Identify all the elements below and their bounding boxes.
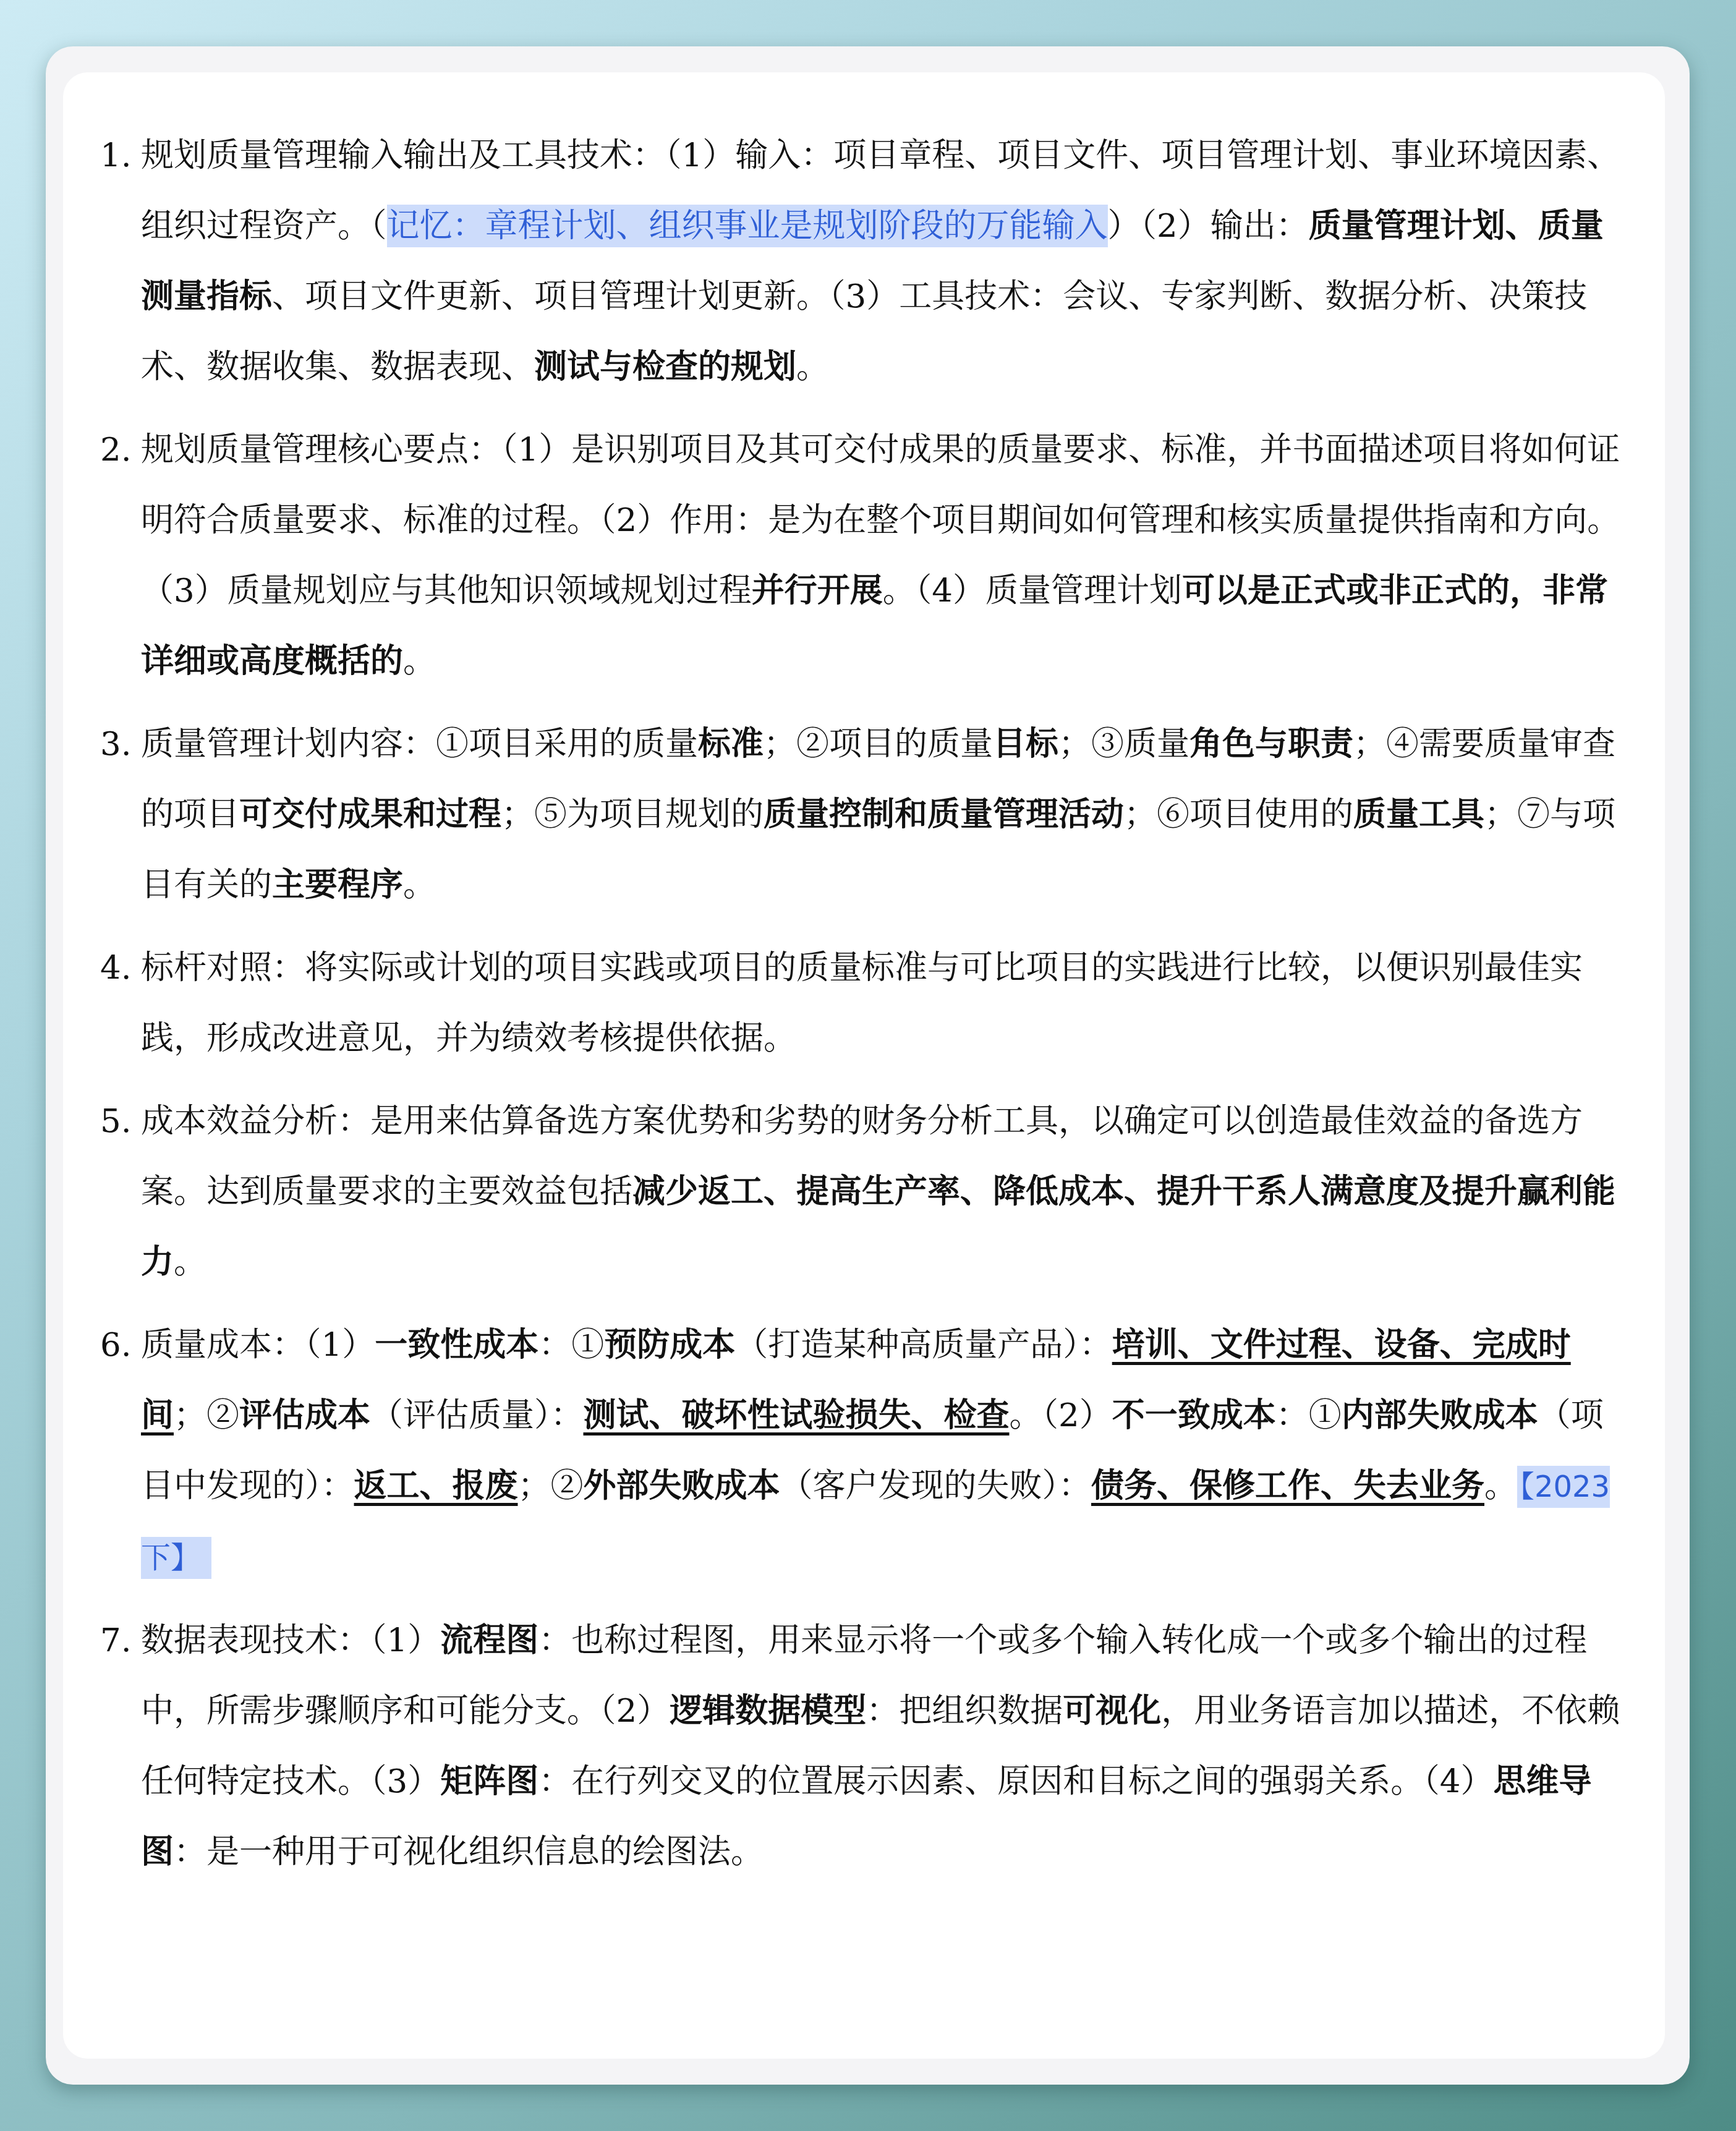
text: 质量管理计划内容：①项目采用的质量: [141, 725, 698, 763]
text: ）（2）输出：: [1108, 207, 1309, 245]
text: 。（2）: [1010, 1397, 1112, 1434]
outer-card-frame: 1. 规划质量管理输入输出及工具技术：（1）输入：项目章程、项目文件、项目管理计…: [46, 46, 1690, 2085]
bold-term: 标准: [698, 725, 764, 763]
item-number: 1.: [100, 121, 132, 191]
text: ：把组织数据: [866, 1692, 1063, 1730]
bold-term: 预防成本: [604, 1326, 735, 1364]
text: ：在行列交叉的位置展示因素、原因和目标之间的强弱关系。（4）: [538, 1763, 1493, 1800]
document-card: 1. 规划质量管理输入输出及工具技术：（1）输入：项目章程、项目文件、项目管理计…: [63, 72, 1665, 2059]
text: 、项目文件更新、项目管理计划更新。（3）工具技术：会议、专家判断、数据分析、决策…: [141, 278, 1587, 386]
text: 。: [1484, 1467, 1517, 1505]
list-item-7: 7. 数据表现技术：（1）流程图：也称过程图，用来显示将一个或多个输入转化成一个…: [100, 1606, 1627, 1887]
note-list: 1. 规划质量管理输入输出及工具技术：（1）输入：项目章程、项目文件、项目管理计…: [100, 121, 1627, 1900]
text: 质量成本：（1）: [141, 1326, 375, 1364]
text: ；②: [174, 1397, 239, 1434]
bold-term: 逻辑数据模型: [670, 1692, 866, 1730]
item-number: 3.: [100, 709, 132, 780]
text: 标杆对照：将实际或计划的项目实践或项目的质量标准与可比项目的实践进行比较，以便识…: [141, 949, 1583, 1057]
list-item-4: 4. 标杆对照：将实际或计划的项目实践或项目的质量标准与可比项目的实践进行比较，…: [100, 933, 1627, 1074]
text: 。: [796, 348, 829, 386]
underlined-term: 返工、报废: [354, 1467, 518, 1505]
item-number: 7.: [100, 1606, 132, 1676]
bold-term: 一致性成本: [375, 1326, 538, 1364]
text: 。: [403, 866, 436, 904]
bold-term: 内部失败成本: [1342, 1397, 1538, 1434]
bold-term: 外部失败成本: [584, 1467, 780, 1505]
text: 数据表现技术：（1）: [141, 1622, 440, 1659]
list-item-1: 1. 规划质量管理输入输出及工具技术：（1）输入：项目章程、项目文件、项目管理计…: [100, 121, 1627, 402]
underlined-term: 测试、破坏性试验损失、检查: [584, 1397, 1010, 1434]
bold-term: 角色与职责: [1189, 725, 1353, 763]
text: ：①: [1276, 1397, 1342, 1434]
text: （打造某种高质量产品）：: [735, 1326, 1112, 1364]
text: ；②项目的质量: [764, 725, 993, 763]
text: ；⑤为项目规划的: [501, 796, 764, 833]
item-number: 6.: [100, 1310, 132, 1380]
text: ；②: [518, 1467, 584, 1505]
underlined-term: 债务、保修工作、失去业务: [1091, 1467, 1484, 1505]
text: ；③质量: [1058, 725, 1189, 763]
text: 。（4）质量管理计划: [883, 572, 1182, 610]
memory-tip-highlight: 记忆：章程计划、组织事业是规划阶段的万能输入: [387, 205, 1108, 247]
text: 。: [174, 1243, 206, 1281]
list-item-5: 5. 成本效益分析：是用来估算备选方案优势和劣势的财务分析工具，以确定可以创造最…: [100, 1086, 1627, 1298]
item-number: 2.: [100, 415, 132, 485]
text: ；⑥项目使用的: [1124, 796, 1353, 833]
list-item-3: 3. 质量管理计划内容：①项目采用的质量标准；②项目的质量目标；③质量角色与职责…: [100, 709, 1627, 921]
bold-term: 可交付成果和过程: [239, 796, 501, 833]
bold-term: 可视化: [1063, 1692, 1161, 1730]
text: ：是一种用于可视化组织信息的绘图法。: [174, 1833, 764, 1871]
bold-term: 目标: [993, 725, 1058, 763]
text: 。: [403, 642, 436, 680]
bold-term: 不一致成本: [1112, 1397, 1276, 1434]
text: （客户发现的失败）：: [780, 1467, 1092, 1505]
bold-term: 评估成本: [239, 1397, 370, 1434]
bold-term: 质量工具: [1353, 796, 1484, 833]
bold-term: 流程图: [440, 1622, 538, 1659]
bold-term: 并行开展: [752, 572, 883, 610]
bold-term: 质量控制和质量管理活动: [764, 796, 1124, 833]
list-item-6: 6. 质量成本：（1）一致性成本：①预防成本（打造某种高质量产品）：培训、文件过…: [100, 1310, 1627, 1593]
bold-term: 矩阵图: [440, 1763, 538, 1800]
item-number: 5.: [100, 1086, 132, 1157]
item-number: 4.: [100, 933, 132, 1003]
text: ：①: [538, 1326, 604, 1364]
bold-term: 测试与检查的规划: [534, 348, 796, 386]
bold-term: 主要程序: [272, 866, 403, 904]
list-item-2: 2. 规划质量管理核心要点：（1）是识别项目及其可交付成果的质量要求、标准，并书…: [100, 415, 1627, 697]
text: （评估质量）：: [370, 1397, 584, 1434]
